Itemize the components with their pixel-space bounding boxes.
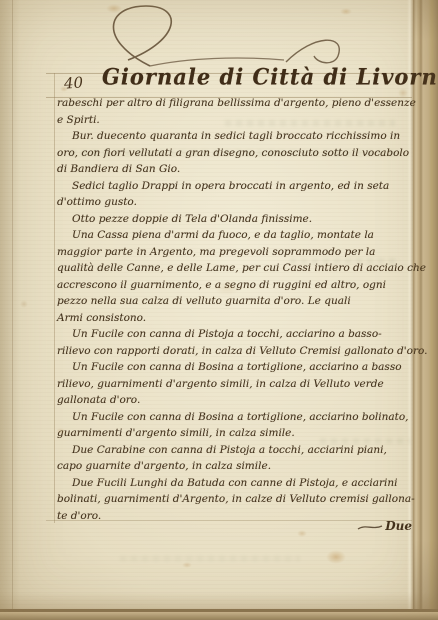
- left-fold-line: [12, 0, 13, 620]
- left-gutter-shading: [0, 0, 20, 620]
- text-line: di Bandiera di San Gio.: [57, 161, 413, 178]
- text-line: accrescono il guarnimento, e a segno di …: [57, 277, 413, 294]
- text-line: guarnimenti d'argento simili, in calza s…: [57, 425, 413, 442]
- text-line: bolinati, guarnimenti d'Argento, in calz…: [57, 491, 413, 508]
- text-line: oro, con fiori vellutati a gran disegno,…: [57, 145, 413, 162]
- text-line: qualità delle Canne, e delle Lame, per c…: [57, 260, 413, 277]
- margin-line: [54, 73, 55, 523]
- text-line: Bur. duecento quaranta in sedici tagli b…: [57, 128, 413, 145]
- title-flourish: [88, 0, 418, 72]
- foxing-stain: [20, 300, 28, 308]
- text-line: pezzo nella sua calza di velluto guarnit…: [57, 293, 413, 310]
- text-line: Sedici taglio Drappi in opera broccati i…: [57, 178, 413, 195]
- text-line: Due Carabine con canna di Pistoja a tocc…: [57, 442, 413, 459]
- text-line: rabeschi per altro di filigrana bellissi…: [57, 95, 413, 112]
- text-block: rabeschi per altro di filigrana bellissi…: [57, 95, 413, 524]
- foxing-stain: [326, 550, 346, 564]
- text-line: Due Fucili Lunghi da Batuda con canne di…: [57, 475, 413, 492]
- foxing-stain: [182, 562, 192, 568]
- catchword: Due: [330, 519, 412, 533]
- bottom-pages-band: [0, 612, 438, 620]
- text-line: maggior parte in Argento, ma pregevoli s…: [57, 244, 413, 261]
- page-title: Giornale di Città di Livorno: [102, 63, 414, 89]
- text-line: Un Fucile con canna di Bosina a tortigli…: [57, 409, 413, 426]
- text-line: gallonata d'oro.: [57, 392, 413, 409]
- text-line: d'ottimo gusto.: [57, 194, 413, 211]
- foxing-stain: [297, 530, 307, 537]
- text-line: Armi consistono.: [57, 310, 413, 327]
- manuscript-scan: 40 Giornale di Città di Livorno rabeschi…: [0, 0, 438, 620]
- text-line: Un Fucile con canna di Pistoja a tocchi,…: [57, 326, 413, 343]
- text-line: e Spirti.: [57, 112, 413, 129]
- folio-number: 40: [63, 73, 83, 92]
- catchword-text: Due: [385, 519, 412, 533]
- text-line: Otto pezze doppie di Tela d'Olanda finis…: [57, 211, 413, 228]
- ink-showthrough: [120, 556, 300, 561]
- text-line: rilievo, guarnimenti d'argento simili, i…: [57, 376, 413, 393]
- text-line: Una Cassa piena d'armi da fuoco, e da ta…: [57, 227, 413, 244]
- catchword-flourish: [357, 523, 383, 531]
- bottom-page-shading: [0, 592, 438, 609]
- fore-edge-shading: [413, 0, 438, 620]
- text-line: Un Fucile con canna di Bosina a tortigli…: [57, 359, 413, 376]
- text-line: rilievo con rapporti dorati, in calza di…: [57, 343, 413, 360]
- text-line: capo guarnite d'argento, in calza simile…: [57, 458, 413, 475]
